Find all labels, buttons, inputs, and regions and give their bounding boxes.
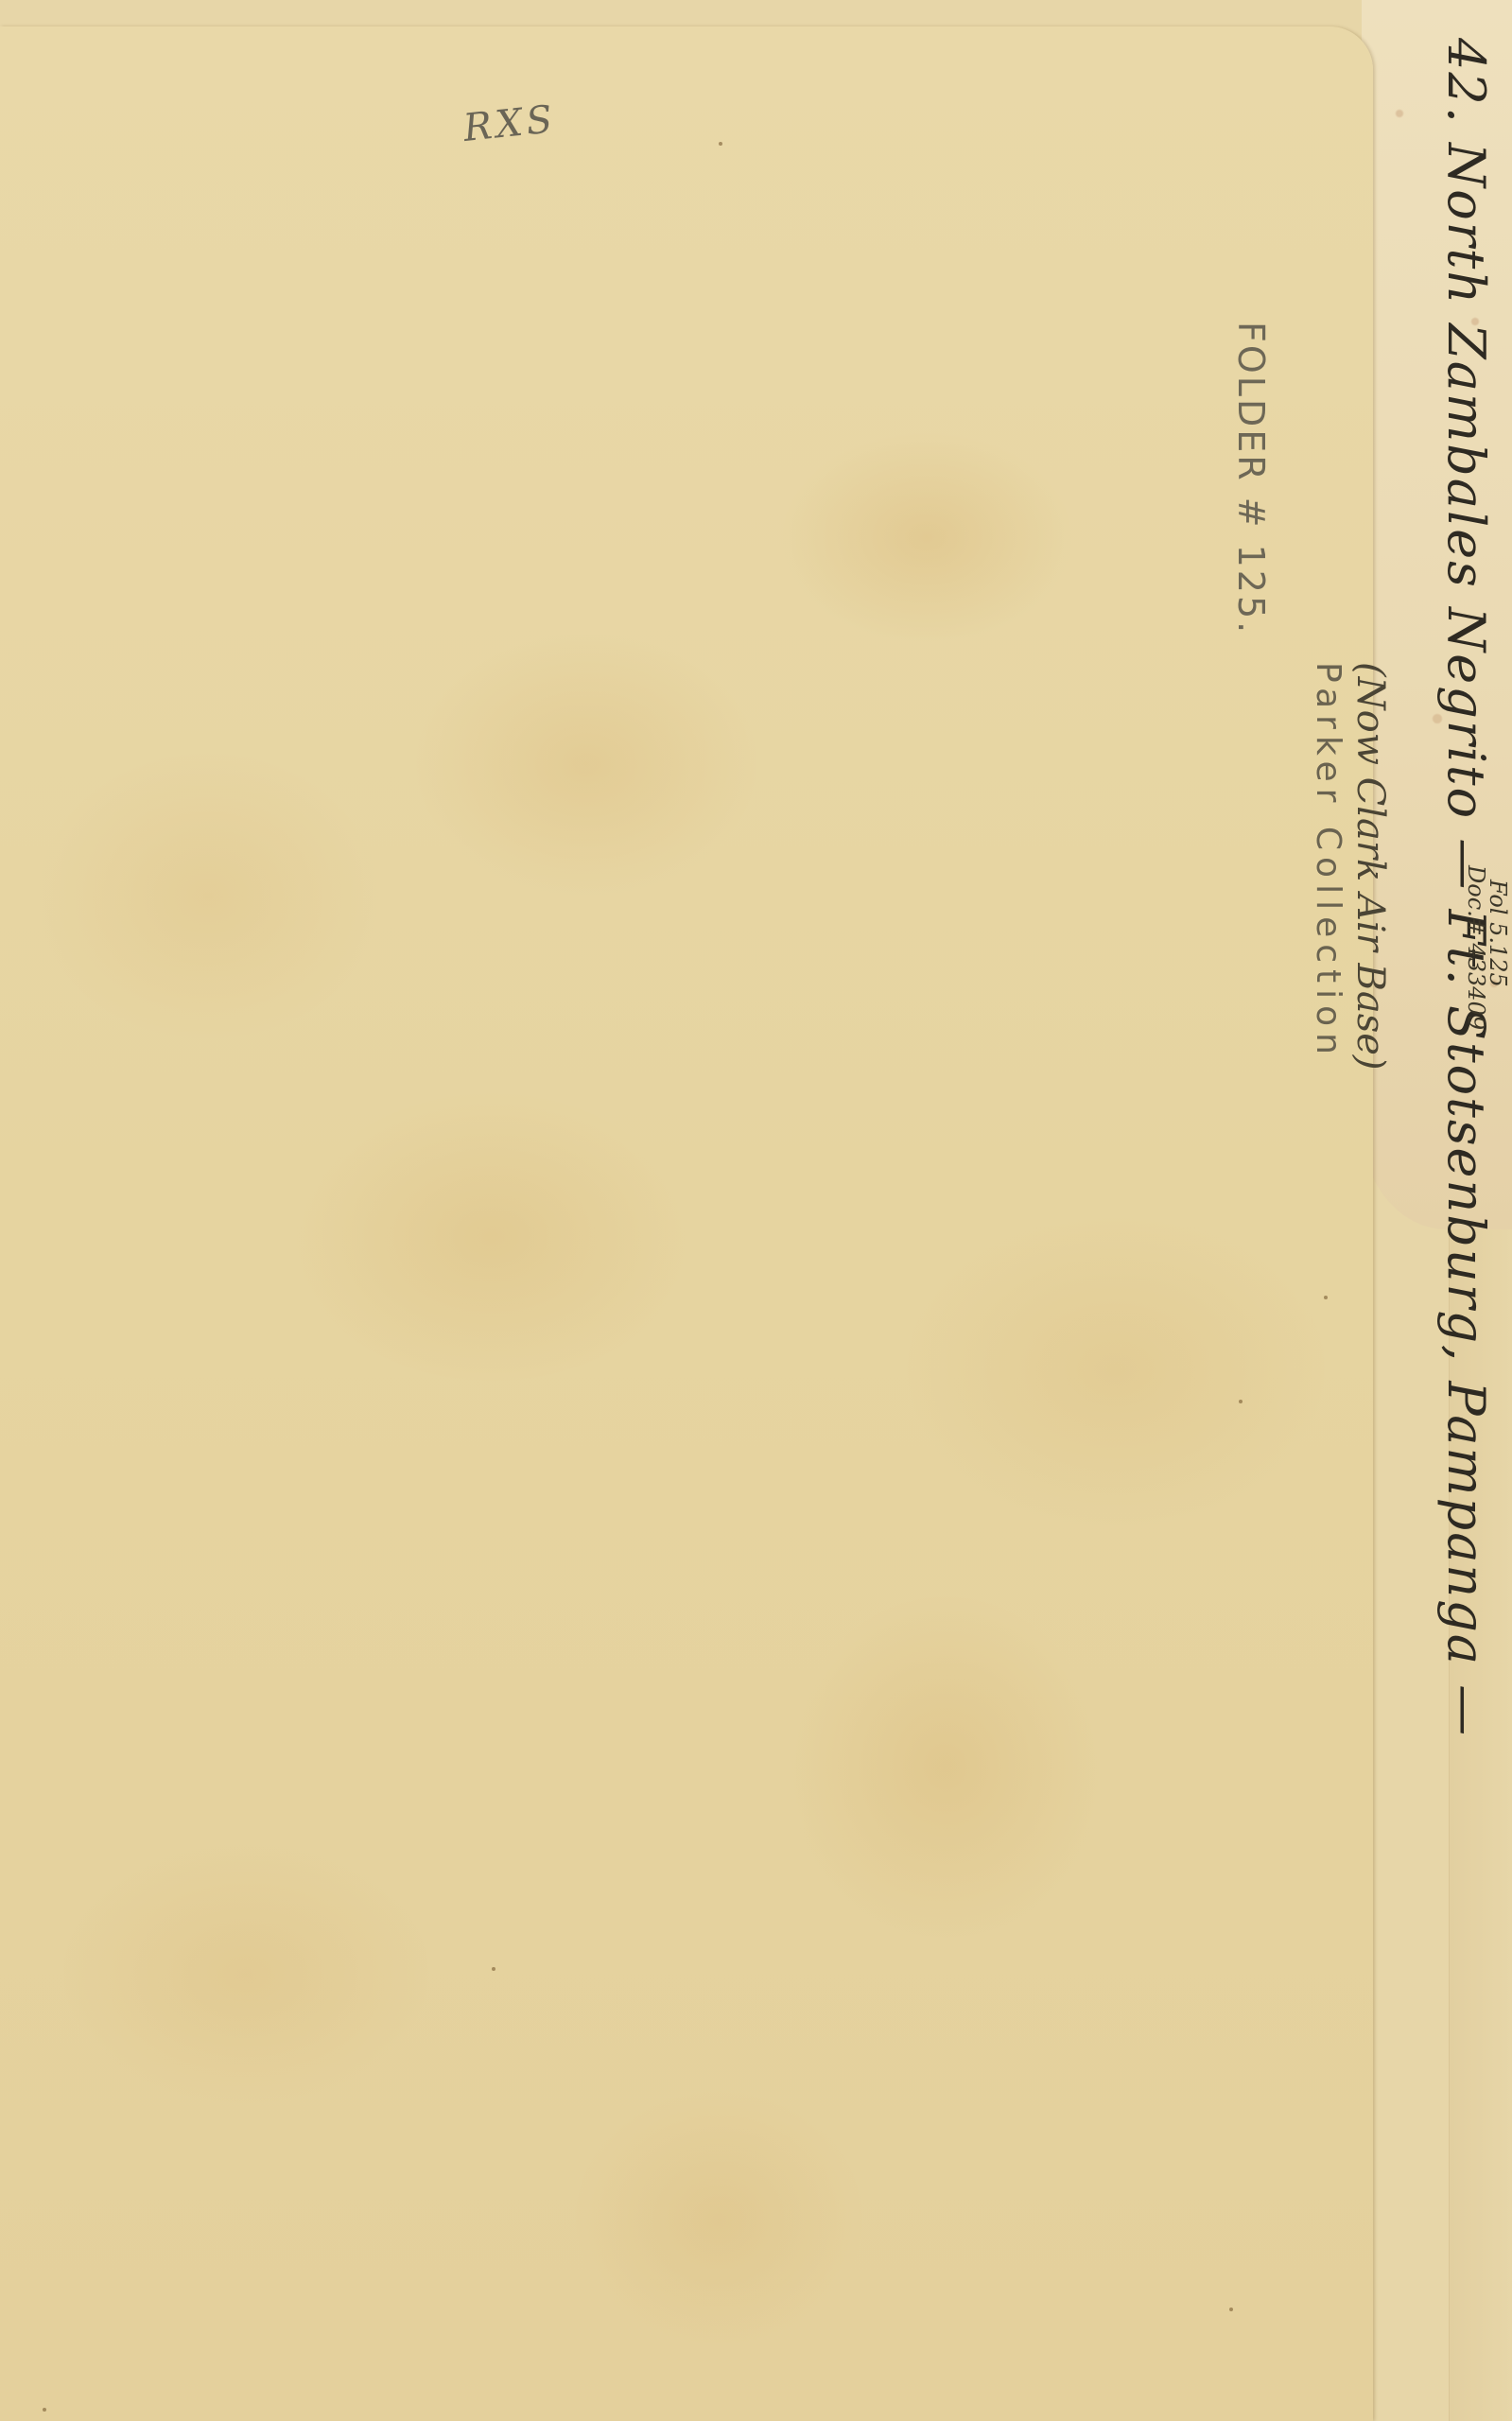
paper-speck [719, 142, 722, 146]
folder-number: FOLDER # 125. [1230, 322, 1272, 636]
scanned-folder: 42. North Zambales Negrito — Ft. Stotsen… [0, 0, 1512, 2421]
paper-speck [1229, 2308, 1233, 2311]
location-note: (Now Clark Air Base) [1348, 662, 1392, 1071]
document-number-annotation: Doc.# 433409 [1463, 865, 1489, 1030]
paper-speck [1324, 1296, 1328, 1299]
folder-front-flap [0, 26, 1373, 2421]
collection-label: Parker Collection [1309, 662, 1347, 1061]
paper-speck [492, 1967, 495, 1971]
paper-speck [1239, 1400, 1243, 1403]
paper-speck [43, 2408, 46, 2412]
